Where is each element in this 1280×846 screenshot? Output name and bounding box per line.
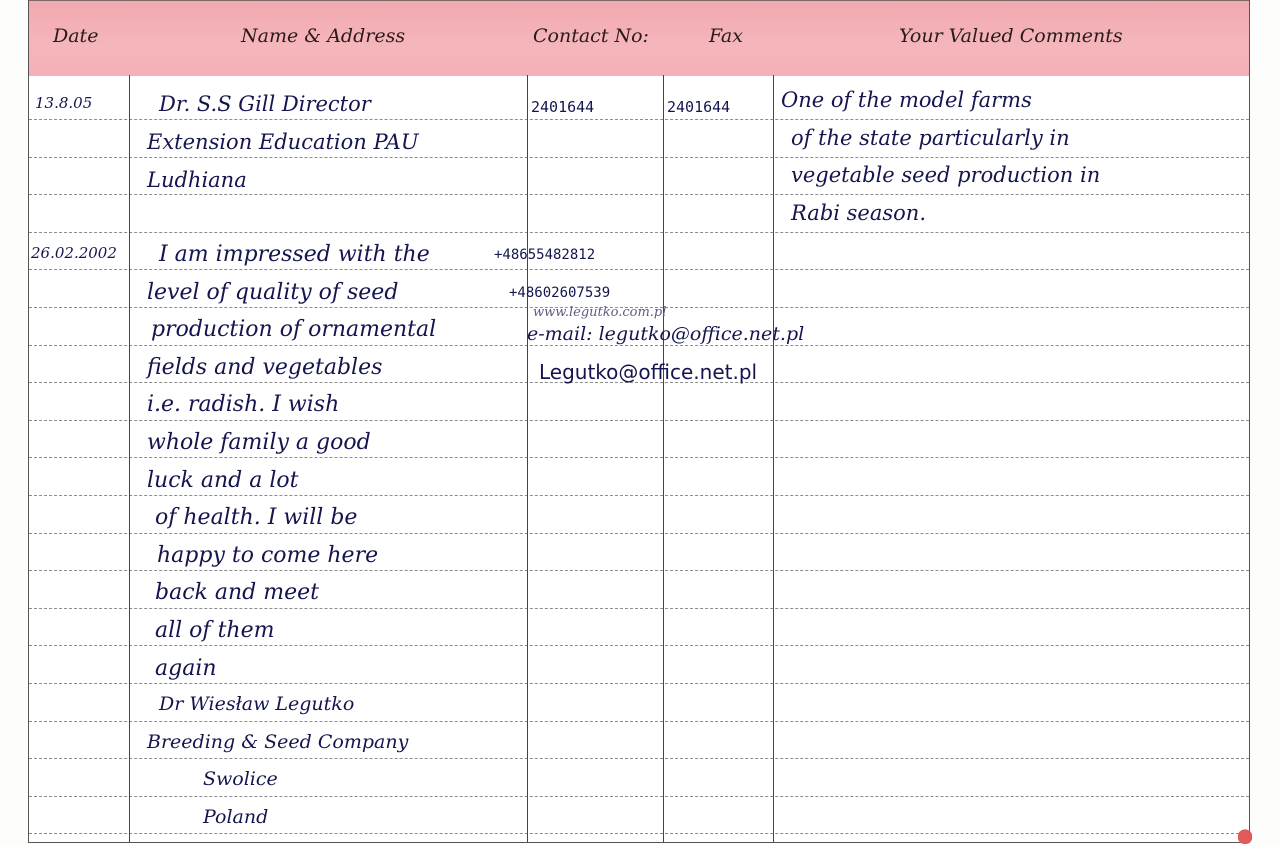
column-divider-name — [527, 75, 528, 842]
entry-message-line: Poland — [203, 808, 268, 827]
entry-message-line: level of quality of seed — [147, 282, 398, 304]
entry-message-line: fields and vegetables — [147, 357, 382, 379]
entry-message-line: Dr Wiesław Legutko — [159, 695, 354, 714]
ruled-line — [29, 157, 1249, 158]
entry-message-line: I am impressed with the — [159, 244, 430, 266]
entry-message-line: back and meet — [155, 582, 319, 604]
entry-fax: 2401644 — [667, 100, 730, 115]
ruled-line — [29, 645, 1249, 646]
entry-email: e-mail: legutko@office.net.pl — [527, 325, 804, 344]
ruled-line — [29, 495, 1249, 496]
entry-email: Legutko@office.net.pl — [539, 362, 757, 382]
entry-message-line: happy to come here — [157, 545, 378, 567]
entry-name-line: Ludhiana — [147, 170, 247, 191]
entry-comment-line: Rabi season. — [791, 203, 926, 224]
entry-message-line: again — [155, 658, 217, 680]
entry-message-line: i.e. radish. I wish — [147, 394, 339, 416]
entry-name-line: Extension Education PAU — [147, 132, 419, 153]
header-comments: Your Valued Comments — [899, 25, 1123, 47]
header-date: Date — [53, 25, 98, 47]
guestbook-page: Date Name & Address Contact No: Fax Your… — [28, 0, 1250, 843]
ruled-line — [29, 420, 1249, 421]
ruled-line — [29, 683, 1249, 684]
stamp-mark — [1238, 826, 1252, 844]
column-divider-fax — [773, 75, 774, 842]
ruled-line — [29, 721, 1249, 722]
ruled-line — [29, 119, 1249, 120]
entry-contact: +48602607539 — [509, 286, 610, 300]
ruled-line — [29, 833, 1249, 834]
entry-message-line: all of them — [155, 620, 274, 642]
entry-contact: 2401644 — [531, 100, 594, 115]
table-header: Date Name & Address Contact No: Fax Your… — [29, 0, 1249, 76]
ruled-line — [29, 232, 1249, 233]
entry-message-line: Breeding & Seed Company — [147, 733, 408, 752]
ruled-line — [29, 533, 1249, 534]
entry-message-line: production of ornamental — [151, 319, 436, 341]
entry-name-line: Dr. S.S Gill Director — [159, 94, 371, 115]
ruled-line — [29, 269, 1249, 270]
entry-date: 13.8.05 — [35, 96, 92, 111]
entry-message-line: of health. I will be — [155, 507, 357, 529]
entry-message-line: Swolice — [203, 770, 278, 789]
entry-message-line: whole family a good — [147, 432, 371, 454]
entry-comment-line: One of the model farms — [781, 90, 1032, 111]
header-name-address: Name & Address — [241, 25, 405, 47]
entry-comment-line: vegetable seed production in — [791, 165, 1100, 186]
ruled-line — [29, 457, 1249, 458]
ruled-line — [29, 570, 1249, 571]
entry-contact: +48655482812 — [494, 248, 595, 262]
entry-message-line: luck and a lot — [147, 470, 298, 492]
header-contact-no: Contact No: — [533, 25, 649, 47]
header-fax: Fax — [709, 25, 743, 47]
column-divider-date — [129, 75, 130, 842]
ruled-line — [29, 194, 1249, 195]
ruled-line — [29, 608, 1249, 609]
entry-comment-line: of the state particularly in — [791, 128, 1070, 149]
ruled-line — [29, 796, 1249, 797]
entry-website: www.legutko.com.pl — [533, 306, 666, 319]
ruled-line — [29, 758, 1249, 759]
column-divider-contact — [663, 75, 664, 842]
entry-date: 26.02.2002 — [31, 246, 117, 261]
